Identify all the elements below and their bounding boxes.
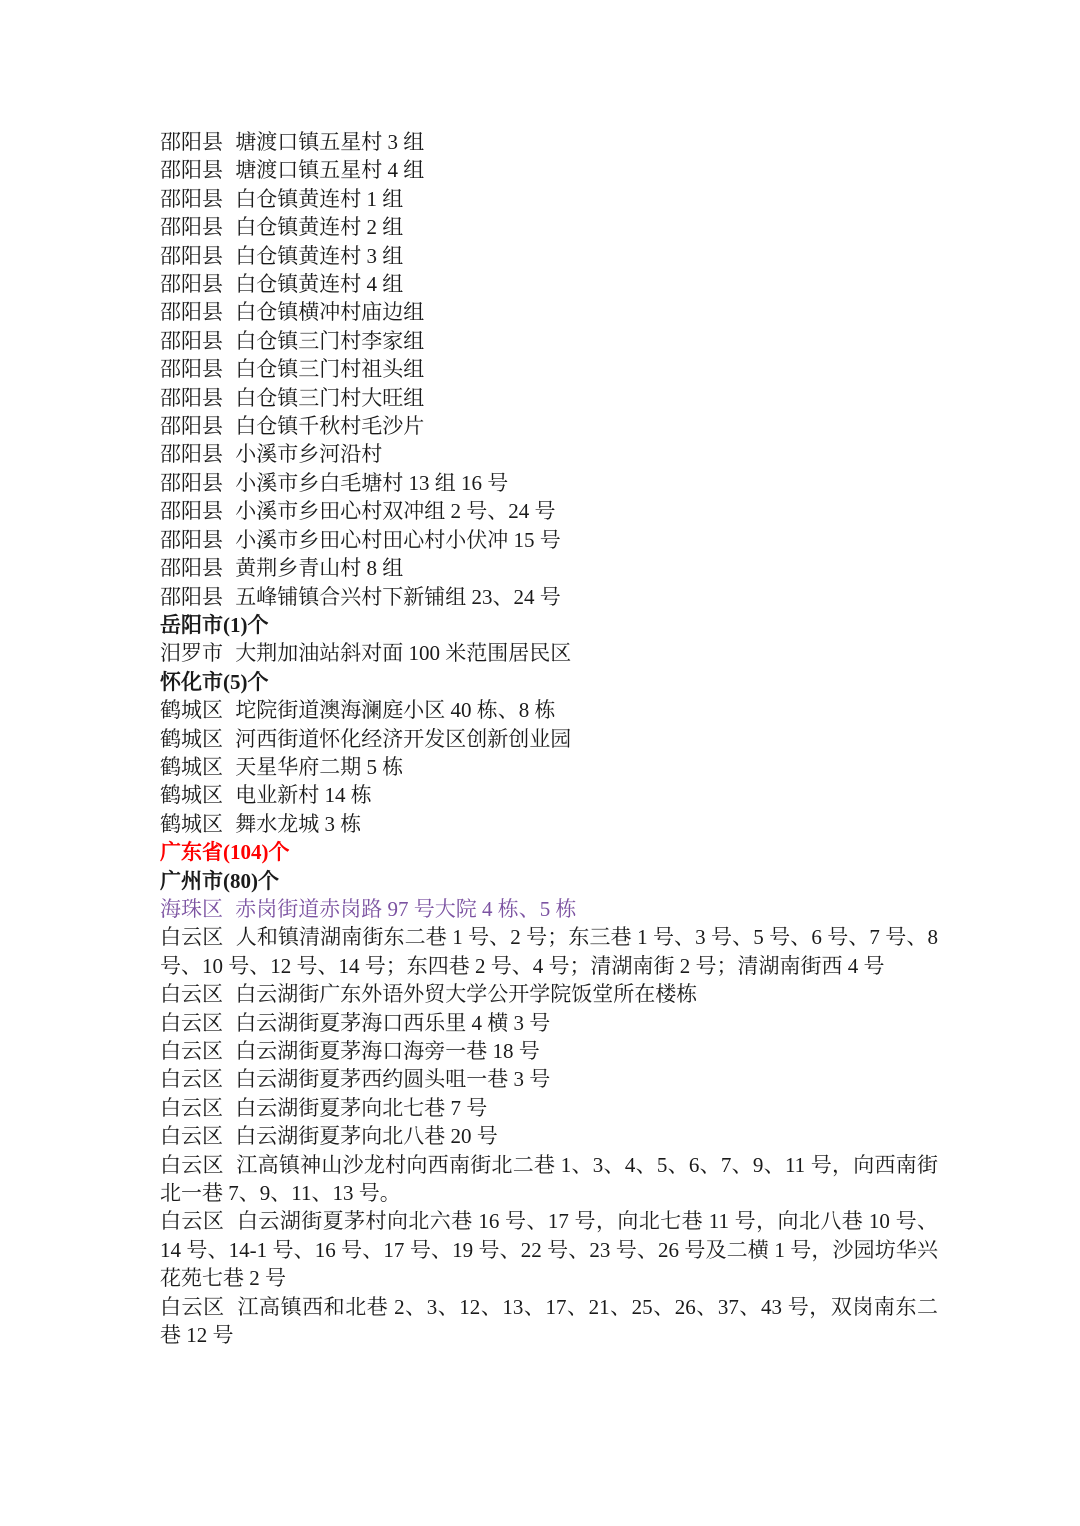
- region-label: 邵阳县: [160, 187, 223, 211]
- address-text: 白仓镇三门村李家组: [235, 329, 424, 353]
- region-label: 邵阳县: [160, 357, 223, 381]
- address-list-item: 鹤城区 舞水龙城 3 栋: [160, 810, 938, 838]
- address-list-item: 邵阳县 白仓镇三门村李家组: [160, 327, 938, 355]
- address-text: 天星华府二期 5 栋: [235, 755, 403, 779]
- address-text: 坨院街道澳海澜庭小区 40 栋、8 栋: [235, 698, 555, 722]
- section-header-label: 岳阳市(1)个: [160, 613, 269, 637]
- address-list-item: 邵阳县 白仓镇三门村祖头组: [160, 355, 938, 383]
- region-label: 邵阳县: [160, 471, 223, 495]
- address-text: 小溪市乡白毛塘村 13 组 16 号: [235, 471, 508, 495]
- region-label: 邵阳县: [160, 386, 223, 410]
- address-list-item: 白云区 白云湖街广东外语外贸大学公开学院饭堂所在楼栋: [160, 980, 938, 1008]
- region-label: 白云区: [160, 982, 223, 1006]
- region-label: 邵阳县: [160, 130, 223, 154]
- region-label: 白云区: [160, 1124, 223, 1148]
- address-text: 白仓镇黄连村 4 组: [235, 272, 403, 296]
- region-label: 邵阳县: [160, 329, 223, 353]
- region-label: 邵阳县: [160, 499, 223, 523]
- address-list-item: 邵阳县 白仓镇黄连村 2 组: [160, 213, 938, 241]
- address-text: 白仓镇横冲村庙边组: [235, 300, 424, 324]
- address-list-item: 邵阳县 小溪市乡河沿村: [160, 440, 938, 468]
- region-label: 海珠区: [160, 897, 223, 921]
- region-label: 鹤城区: [160, 812, 223, 836]
- address-text: 小溪市乡田心村双冲组 2 号、24 号: [235, 499, 555, 523]
- address-text: 白云湖街夏茅向北七巷 7 号: [235, 1096, 487, 1120]
- address-list-item: 邵阳县 白仓镇千秋村毛沙片: [160, 412, 938, 440]
- region-label: 邵阳县: [160, 272, 223, 296]
- address-list-item: 邵阳县 白仓镇黄连村 4 组: [160, 270, 938, 298]
- address-text: 白仓镇三门村大旺组: [235, 386, 424, 410]
- address-text: 白仓镇千秋村毛沙片: [235, 414, 424, 438]
- region-label: 白云区: [160, 925, 223, 949]
- address-text: 小溪市乡田心村田心村小伏冲 15 号: [235, 528, 561, 552]
- region-label: 白云区: [160, 1096, 223, 1120]
- address-text: 白仓镇黄连村 1 组: [235, 187, 403, 211]
- address-text: 白云湖街广东外语外贸大学公开学院饭堂所在楼栋: [235, 982, 697, 1006]
- region-label: 鹤城区: [160, 727, 223, 751]
- address-text: 白云湖街夏茅海口海旁一巷 18 号: [235, 1039, 540, 1063]
- region-label: 鹤城区: [160, 698, 223, 722]
- region-label: 白云区: [160, 1067, 223, 1091]
- region-label: 鹤城区: [160, 755, 223, 779]
- region-label: 邵阳县: [160, 442, 223, 466]
- address-list-item: 邵阳县 黄荆乡青山村 8 组: [160, 554, 938, 582]
- region-label: 邵阳县: [160, 158, 223, 182]
- address-list-item: 白云区 白云湖街夏茅海口西乐里 4 横 3 号: [160, 1009, 938, 1037]
- address-text: 舞水龙城 3 栋: [235, 812, 361, 836]
- address-text: 人和镇清湖南街东二巷 1 号、2 号；东三巷 1 号、3 号、5 号、6 号、7…: [160, 925, 938, 977]
- region-label: 白云区: [160, 1153, 224, 1177]
- address-text: 江高镇西和北巷 2、3、12、13、17、21、25、26、37、43 号，双岗…: [160, 1295, 938, 1347]
- region-label: 邵阳县: [160, 528, 223, 552]
- address-text: 白仓镇黄连村 2 组: [235, 215, 403, 239]
- address-text: 赤岗街道赤岗路 97 号大院 4 栋、5 栋: [235, 897, 576, 921]
- region-label: 邵阳县: [160, 585, 223, 609]
- section-header: 广东省(104)个: [160, 838, 938, 866]
- address-list-item: 邵阳县 白仓镇黄连村 1 组: [160, 185, 938, 213]
- section-header-label: 广东省(104)个: [160, 840, 290, 864]
- address-list-item: 邵阳县 塘渡口镇五星村 4 组: [160, 156, 938, 184]
- address-list-item: 邵阳县 五峰铺镇合兴村下新铺组 23、24 号: [160, 583, 938, 611]
- region-label: 邵阳县: [160, 300, 223, 324]
- address-text: 河西街道怀化经济开发区创新创业园: [235, 727, 571, 751]
- address-list-item: 白云区 白云湖街夏茅海口海旁一巷 18 号: [160, 1037, 938, 1065]
- address-text: 塘渡口镇五星村 3 组: [235, 130, 424, 154]
- region-label: 鹤城区: [160, 783, 223, 807]
- address-text: 白云湖街夏茅向北八巷 20 号: [235, 1124, 498, 1148]
- address-list-item: 白云区 白云湖街夏茅西约圆头咀一巷 3 号: [160, 1065, 938, 1093]
- address-text: 小溪市乡河沿村: [235, 442, 382, 466]
- address-list-item: 白云区 人和镇清湖南街东二巷 1 号、2 号；东三巷 1 号、3 号、5 号、6…: [160, 923, 938, 980]
- region-label: 汨罗市: [160, 641, 223, 665]
- address-list-item: 鹤城区 天星华府二期 5 栋: [160, 753, 938, 781]
- address-text: 塘渡口镇五星村 4 组: [235, 158, 424, 182]
- address-list-item: 邵阳县 小溪市乡田心村田心村小伏冲 15 号: [160, 526, 938, 554]
- address-list-item: 鹤城区 河西街道怀化经济开发区创新创业园: [160, 725, 938, 753]
- address-list-item: 邵阳县 白仓镇黄连村 3 组: [160, 242, 938, 270]
- address-list-item: 邵阳县 小溪市乡田心村双冲组 2 号、24 号: [160, 497, 938, 525]
- section-header-label: 怀化市(5)个: [160, 670, 269, 694]
- address-list-item: 白云区 江高镇西和北巷 2、3、12、13、17、21、25、26、37、43 …: [160, 1293, 938, 1350]
- region-label: 邵阳县: [160, 215, 223, 239]
- address-text: 黄荆乡青山村 8 组: [235, 556, 403, 580]
- section-header: 岳阳市(1)个: [160, 611, 938, 639]
- address-list-item: 汨罗市 大荆加油站斜对面 100 米范围居民区: [160, 639, 938, 667]
- address-text: 五峰铺镇合兴村下新铺组 23、24 号: [235, 585, 561, 609]
- region-label: 邵阳县: [160, 244, 223, 268]
- region-label: 白云区: [160, 1295, 225, 1319]
- region-label: 邵阳县: [160, 414, 223, 438]
- address-list-item: 邵阳县 白仓镇三门村大旺组: [160, 384, 938, 412]
- region-label: 白云区: [160, 1039, 223, 1063]
- address-text: 白仓镇三门村祖头组: [235, 357, 424, 381]
- address-list-item: 白云区 白云湖街夏茅村向北六巷 16 号、17 号，向北七巷 11 号，向北八巷…: [160, 1207, 938, 1292]
- section-header-label: 广州市(80)个: [160, 869, 279, 893]
- address-text: 白云湖街夏茅海口西乐里 4 横 3 号: [235, 1011, 550, 1035]
- address-list-item: 白云区 白云湖街夏茅向北八巷 20 号: [160, 1122, 938, 1150]
- address-list-item: 邵阳县 白仓镇横冲村庙边组: [160, 298, 938, 326]
- address-list-item: 邵阳县 小溪市乡白毛塘村 13 组 16 号: [160, 469, 938, 497]
- address-list-item: 白云区 江高镇神山沙龙村向西南街北二巷 1、3、4、5、6、7、9、11 号，向…: [160, 1151, 938, 1208]
- address-text: 江高镇神山沙龙村向西南街北二巷 1、3、4、5、6、7、9、11 号，向西南街北…: [160, 1153, 938, 1205]
- document-page: 邵阳县 塘渡口镇五星村 3 组邵阳县 塘渡口镇五星村 4 组邵阳县 白仓镇黄连村…: [0, 0, 1080, 1526]
- section-header: 广州市(80)个: [160, 867, 938, 895]
- section-header: 怀化市(5)个: [160, 668, 938, 696]
- region-label: 白云区: [160, 1011, 223, 1035]
- address-list-item: 海珠区 赤岗街道赤岗路 97 号大院 4 栋、5 栋: [160, 895, 938, 923]
- address-list-item: 白云区 白云湖街夏茅向北七巷 7 号: [160, 1094, 938, 1122]
- address-list-item: 鹤城区 坨院街道澳海澜庭小区 40 栋、8 栋: [160, 696, 938, 724]
- address-text: 大荆加油站斜对面 100 米范围居民区: [235, 641, 571, 665]
- address-text: 白云湖街夏茅西约圆头咀一巷 3 号: [235, 1067, 550, 1091]
- address-list-item: 鹤城区 电业新村 14 栋: [160, 781, 938, 809]
- address-list-item: 邵阳县 塘渡口镇五星村 3 组: [160, 128, 938, 156]
- address-text: 电业新村 14 栋: [235, 783, 372, 807]
- address-list: 邵阳县 塘渡口镇五星村 3 组邵阳县 塘渡口镇五星村 4 组邵阳县 白仓镇黄连村…: [160, 128, 938, 1349]
- region-label: 白云区: [160, 1209, 224, 1233]
- address-text: 白仓镇黄连村 3 组: [235, 244, 403, 268]
- address-text: 白云湖街夏茅村向北六巷 16 号、17 号，向北七巷 11 号，向北八巷 10 …: [160, 1209, 938, 1290]
- region-label: 邵阳县: [160, 556, 223, 580]
